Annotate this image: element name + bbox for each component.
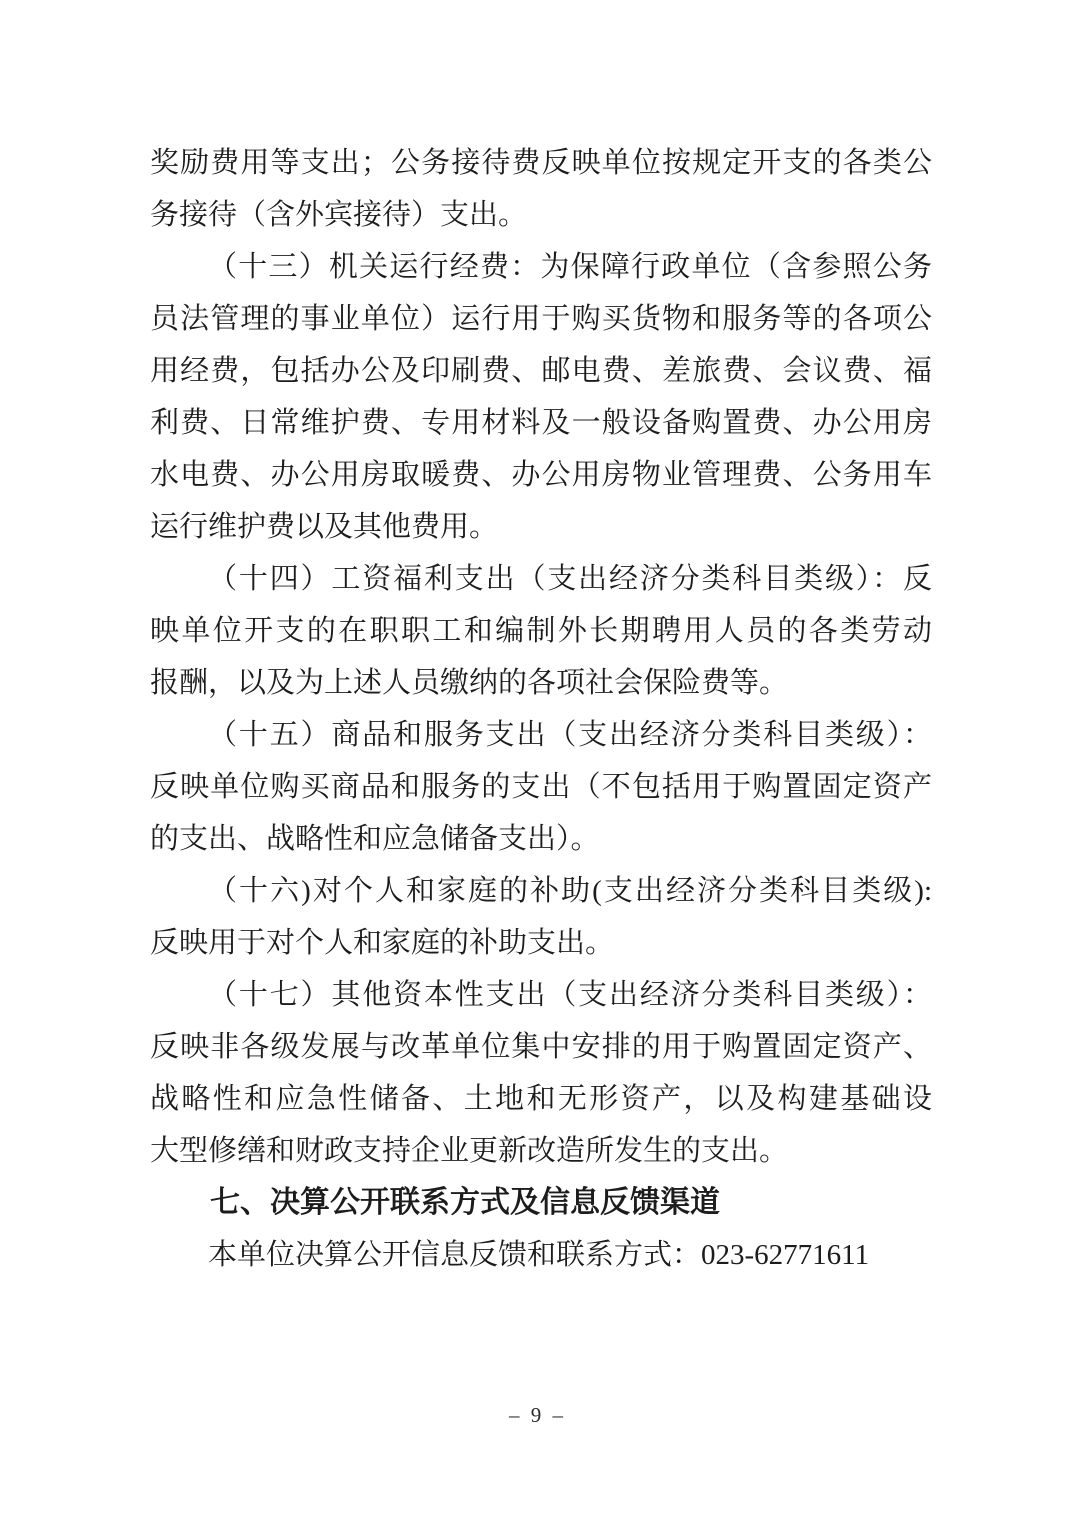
text-line: 的支出、战略性和应急储备支出）。 (150, 813, 932, 865)
paragraph: （十四）工资福利支出（支出经济分类科目类级）：反映单位开支的在职职工和编制外长期… (150, 553, 932, 709)
text-line: （十四）工资福利支出（支出经济分类科目类级）：反 (150, 553, 932, 605)
text-line: 大型修缮和财政支持企业更新改造所发生的支出。 (150, 1125, 932, 1177)
text-line: 报酬，以及为上述人员缴纳的各项社会保险费等。 (150, 657, 932, 709)
text-line: 战略性和应急性储备、土地和无形资产，以及构建基础设施、 (150, 1073, 932, 1125)
text-line: （十六)对个人和家庭的补助(支出经济分类科目类级): (150, 865, 932, 917)
text-line: 奖励费用等支出；公务接待费反映单位按规定开支的各类公 (150, 137, 932, 189)
paragraph: 本单位决算公开信息反馈和联系方式：023-62771611 (150, 1229, 932, 1281)
text-line: 员法管理的事业单位）运行用于购买货物和服务等的各项公 (150, 293, 932, 345)
text-line: 运行维护费以及其他费用。 (150, 501, 932, 553)
document-body: 奖励费用等支出；公务接待费反映单位按规定开支的各类公务接待（含外宾接待）支出。（… (150, 137, 932, 1281)
text-line: 本单位决算公开信息反馈和联系方式：023-62771611 (150, 1229, 932, 1281)
page-footer: – 9 – (0, 1400, 1075, 1430)
section-heading: 七、决算公开联系方式及信息反馈渠道 (150, 1177, 932, 1229)
text-line: 用经费，包括办公及印刷费、邮电费、差旅费、会议费、福 (150, 345, 932, 397)
text-line: 利费、日常维护费、专用材料及一般设备购置费、办公用房 (150, 397, 932, 449)
text-line: （十五）商品和服务支出（支出经济分类科目类级）： (150, 709, 932, 761)
text-line: 反映用于对个人和家庭的补助支出。 (150, 917, 932, 969)
text-line: 映单位开支的在职职工和编制外长期聘用人员的各类劳动 (150, 605, 932, 657)
paragraph: （十三）机关运行经费：为保障行政单位（含参照公务员法管理的事业单位）运行用于购买… (150, 241, 932, 553)
page-number: – 9 – (509, 1403, 566, 1427)
text-line: 七、决算公开联系方式及信息反馈渠道 (150, 1177, 932, 1229)
text-line: 务接待（含外宾接待）支出。 (150, 189, 932, 241)
paragraph: （十六)对个人和家庭的补助(支出经济分类科目类级):反映用于对个人和家庭的补助支… (150, 865, 932, 969)
text-line: 反映非各级发展与改革单位集中安排的用于购置固定资产、 (150, 1021, 932, 1073)
paragraph: 奖励费用等支出；公务接待费反映单位按规定开支的各类公务接待（含外宾接待）支出。 (150, 137, 932, 241)
paragraph: （十五）商品和服务支出（支出经济分类科目类级）：反映单位购买商品和服务的支出（不… (150, 709, 932, 865)
text-line: 水电费、办公用房取暖费、办公用房物业管理费、公务用车 (150, 449, 932, 501)
document-page: 奖励费用等支出；公务接待费反映单位按规定开支的各类公务接待（含外宾接待）支出。（… (0, 0, 1075, 1520)
text-line: （十七）其他资本性支出（支出经济分类科目类级）： (150, 969, 932, 1021)
text-line: 反映单位购买商品和服务的支出（不包括用于购置固定资产 (150, 761, 932, 813)
paragraph: （十七）其他资本性支出（支出经济分类科目类级）：反映非各级发展与改革单位集中安排… (150, 969, 932, 1177)
text-line: （十三）机关运行经费：为保障行政单位（含参照公务 (150, 241, 932, 293)
